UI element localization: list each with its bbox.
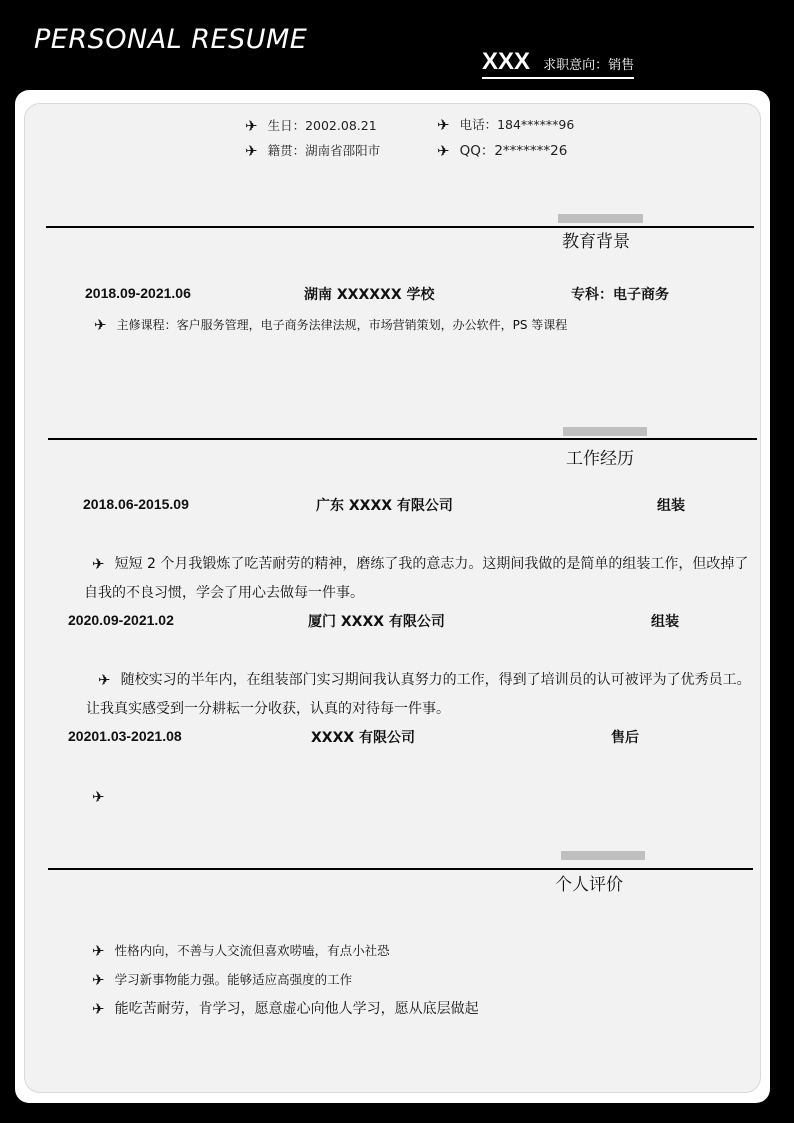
evaluation-item: ✈能吃苦耐劳，肯学习，愿意虚心向他人学习，愿从底层做起 <box>92 998 479 1018</box>
job-period: 2018.06-2015.09 <box>83 496 189 512</box>
phone-text: 电话：184******96 <box>460 117 575 132</box>
job-company: XXXX 有限公司 <box>311 727 415 747</box>
section-title-work: 工作经历 <box>566 444 634 469</box>
job-description: ✈随校实习的半年内，在组装部门实习期间我认真努力的工作，得到了培训员的认可被评为… <box>86 665 752 724</box>
airplane-icon: ✈ <box>92 788 105 806</box>
job-description-text: 短短 2 个月我锻炼了吃苦耐劳的精神，磨练了我的意志力。这期间我做的是简单的组装… <box>84 556 748 601</box>
evaluation-text: 学习新事物能力强。能够适应高强度的工作 <box>115 972 353 987</box>
section-divider <box>46 226 754 228</box>
education-period: 2018.09-2021.06 <box>85 285 191 301</box>
education-courses: ✈主修课程：客户服务管理，电子商务法律法规，市场营销策划，办公软件，PS 等课程 <box>94 315 567 333</box>
airplane-icon: ✈ <box>92 1000 105 1018</box>
candidate-name: XXX <box>482 48 530 75</box>
birthday-text: 生日：2002.08.21 <box>268 118 377 133</box>
section-tab-marker <box>561 851 645 860</box>
evaluation-item: ✈学习新事物能力强。能够适应高强度的工作 <box>92 970 352 988</box>
airplane-icon: ✈ <box>245 117 258 135</box>
job-period: 20201.03-2021.08 <box>68 728 182 744</box>
education-school: 湖南 XXXXXX 学校 <box>304 284 435 304</box>
hometown-text: 籍贯：湖南省邵阳市 <box>268 143 381 158</box>
info-birthday: ✈生日：2002.08.21 <box>245 116 377 134</box>
evaluation-item: ✈性格内向，不善与人交流但喜欢唠嗑，有点小社恐 <box>92 941 390 959</box>
airplane-icon: ✈ <box>437 142 450 160</box>
section-tab-marker <box>558 214 643 223</box>
job-description: ✈短短 2 个月我锻炼了吃苦耐劳的精神，磨练了我的意志力。这期间我做的是简单的组… <box>84 549 754 608</box>
job-company: 厦门 XXXX 有限公司 <box>308 611 445 631</box>
job-company: 广东 XXXX 有限公司 <box>316 495 453 515</box>
courses-text: 主修课程：客户服务管理，电子商务法律法规，市场营销策划，办公软件，PS 等课程 <box>117 318 568 332</box>
job-role: 组装 <box>657 495 685 515</box>
section-divider <box>48 438 757 440</box>
info-phone: ✈电话：184******96 <box>437 115 574 133</box>
name-block: XXX 求职意向：销售 <box>482 48 634 79</box>
airplane-icon: ✈ <box>94 316 107 334</box>
airplane-icon: ✈ <box>245 142 258 160</box>
section-divider <box>48 868 753 870</box>
evaluation-text: 能吃苦耐劳，肯学习，愿意虚心向他人学习，愿从底层做起 <box>115 1001 479 1017</box>
job-description-text: 随校实习的半年内，在组装部门实习期间我认真努力的工作，得到了培训员的认可被评为了… <box>86 672 751 717</box>
airplane-icon: ✈ <box>92 942 105 960</box>
airplane-icon: ✈ <box>92 971 105 989</box>
section-title-education: 教育背景 <box>562 227 630 252</box>
job-role: 组装 <box>651 611 679 631</box>
evaluation-text: 性格内向，不善与人交流但喜欢唠嗑，有点小社恐 <box>115 943 390 958</box>
job-period: 2020.09-2021.02 <box>68 612 174 628</box>
section-tab-marker <box>563 427 647 436</box>
info-qq: ✈QQ：2*******26 <box>437 139 567 159</box>
qq-text: QQ：2*******26 <box>460 143 568 159</box>
info-hometown: ✈籍贯：湖南省邵阳市 <box>245 141 380 159</box>
section-title-evaluation: 个人评价 <box>555 870 623 895</box>
airplane-icon: ✈ <box>437 116 450 134</box>
job-role: 售后 <box>611 727 639 747</box>
resume-title: PERSONAL RESUME <box>34 24 307 55</box>
airplane-icon: ✈ <box>92 666 111 695</box>
job-intent: 求职意向：销售 <box>543 58 634 73</box>
job-description: ✈ <box>92 786 115 805</box>
education-major: 专科：电子商务 <box>571 284 669 304</box>
airplane-icon: ✈ <box>88 550 105 579</box>
